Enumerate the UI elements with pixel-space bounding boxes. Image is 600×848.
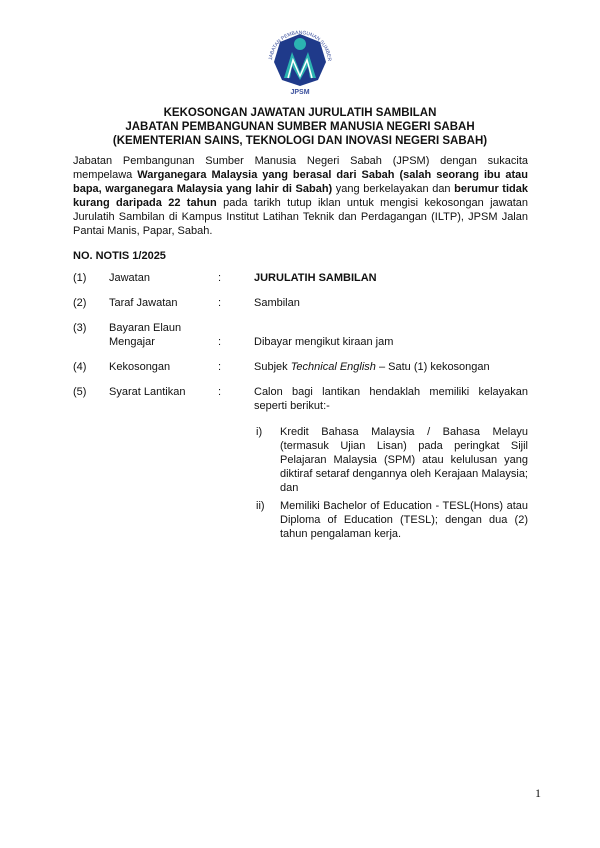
item-colon: : [218,296,221,310]
item-label: Taraf Jawatan [109,296,214,310]
svg-text:JPSM: JPSM [290,89,309,96]
title-line-1: KEKOSONGAN JAWATAN JURULATIH SAMBILAN [0,106,600,120]
item-number: (4) [73,360,86,374]
item-value: Subjek Technical English – Satu (1) keko… [254,360,528,374]
item-label: Syarat Lantikan [109,385,214,399]
requirement-text: Kredit Bahasa Malaysia / Bahasa Melayu (… [280,425,528,495]
requirement-number: ii) [256,499,265,513]
item-number: (5) [73,385,86,399]
item-label: Bayaran Elaun Mengajar [109,321,189,349]
item-colon: : [218,335,221,349]
item-value: Dibayar mengikut kiraan jam [254,335,528,349]
item-value: Sambilan [254,296,528,310]
subject-name: Technical English [291,361,376,373]
item-label: Kekosongan [109,360,214,374]
item-colon: : [218,271,221,285]
document-title: KEKOSONGAN JAWATAN JURULATIH SAMBILAN JA… [0,106,600,148]
item-colon: : [218,385,221,399]
item-number: (1) [73,271,86,285]
item-number: (2) [73,296,86,310]
title-line-2: JABATAN PEMBANGUNAN SUMBER MANUSIA NEGER… [0,120,600,134]
page-number: 1 [535,786,541,801]
item-value: Calon bagi lantikan hendaklah memiliki k… [254,385,528,413]
intro-paragraph: Jabatan Pembangunan Sumber Manusia Neger… [73,154,528,238]
item-value: JURULATIH SAMBILAN [254,271,528,285]
item-colon: : [218,360,221,374]
item-label: Jawatan [109,271,214,285]
item-number: (3) [73,321,86,335]
requirement-number: i) [256,425,262,439]
notice-number: NO. NOTIS 1/2025 [73,250,166,262]
requirement-text: Memiliki Bachelor of Education - TESL(Ho… [280,499,528,541]
title-line-3: (KEMENTERIAN SAINS, TEKNOLOGI DAN INOVAS… [0,134,600,148]
jpsm-logo: JABATAN PEMBANGUNAN SUMBER MANUSIA SABAH… [262,22,338,96]
